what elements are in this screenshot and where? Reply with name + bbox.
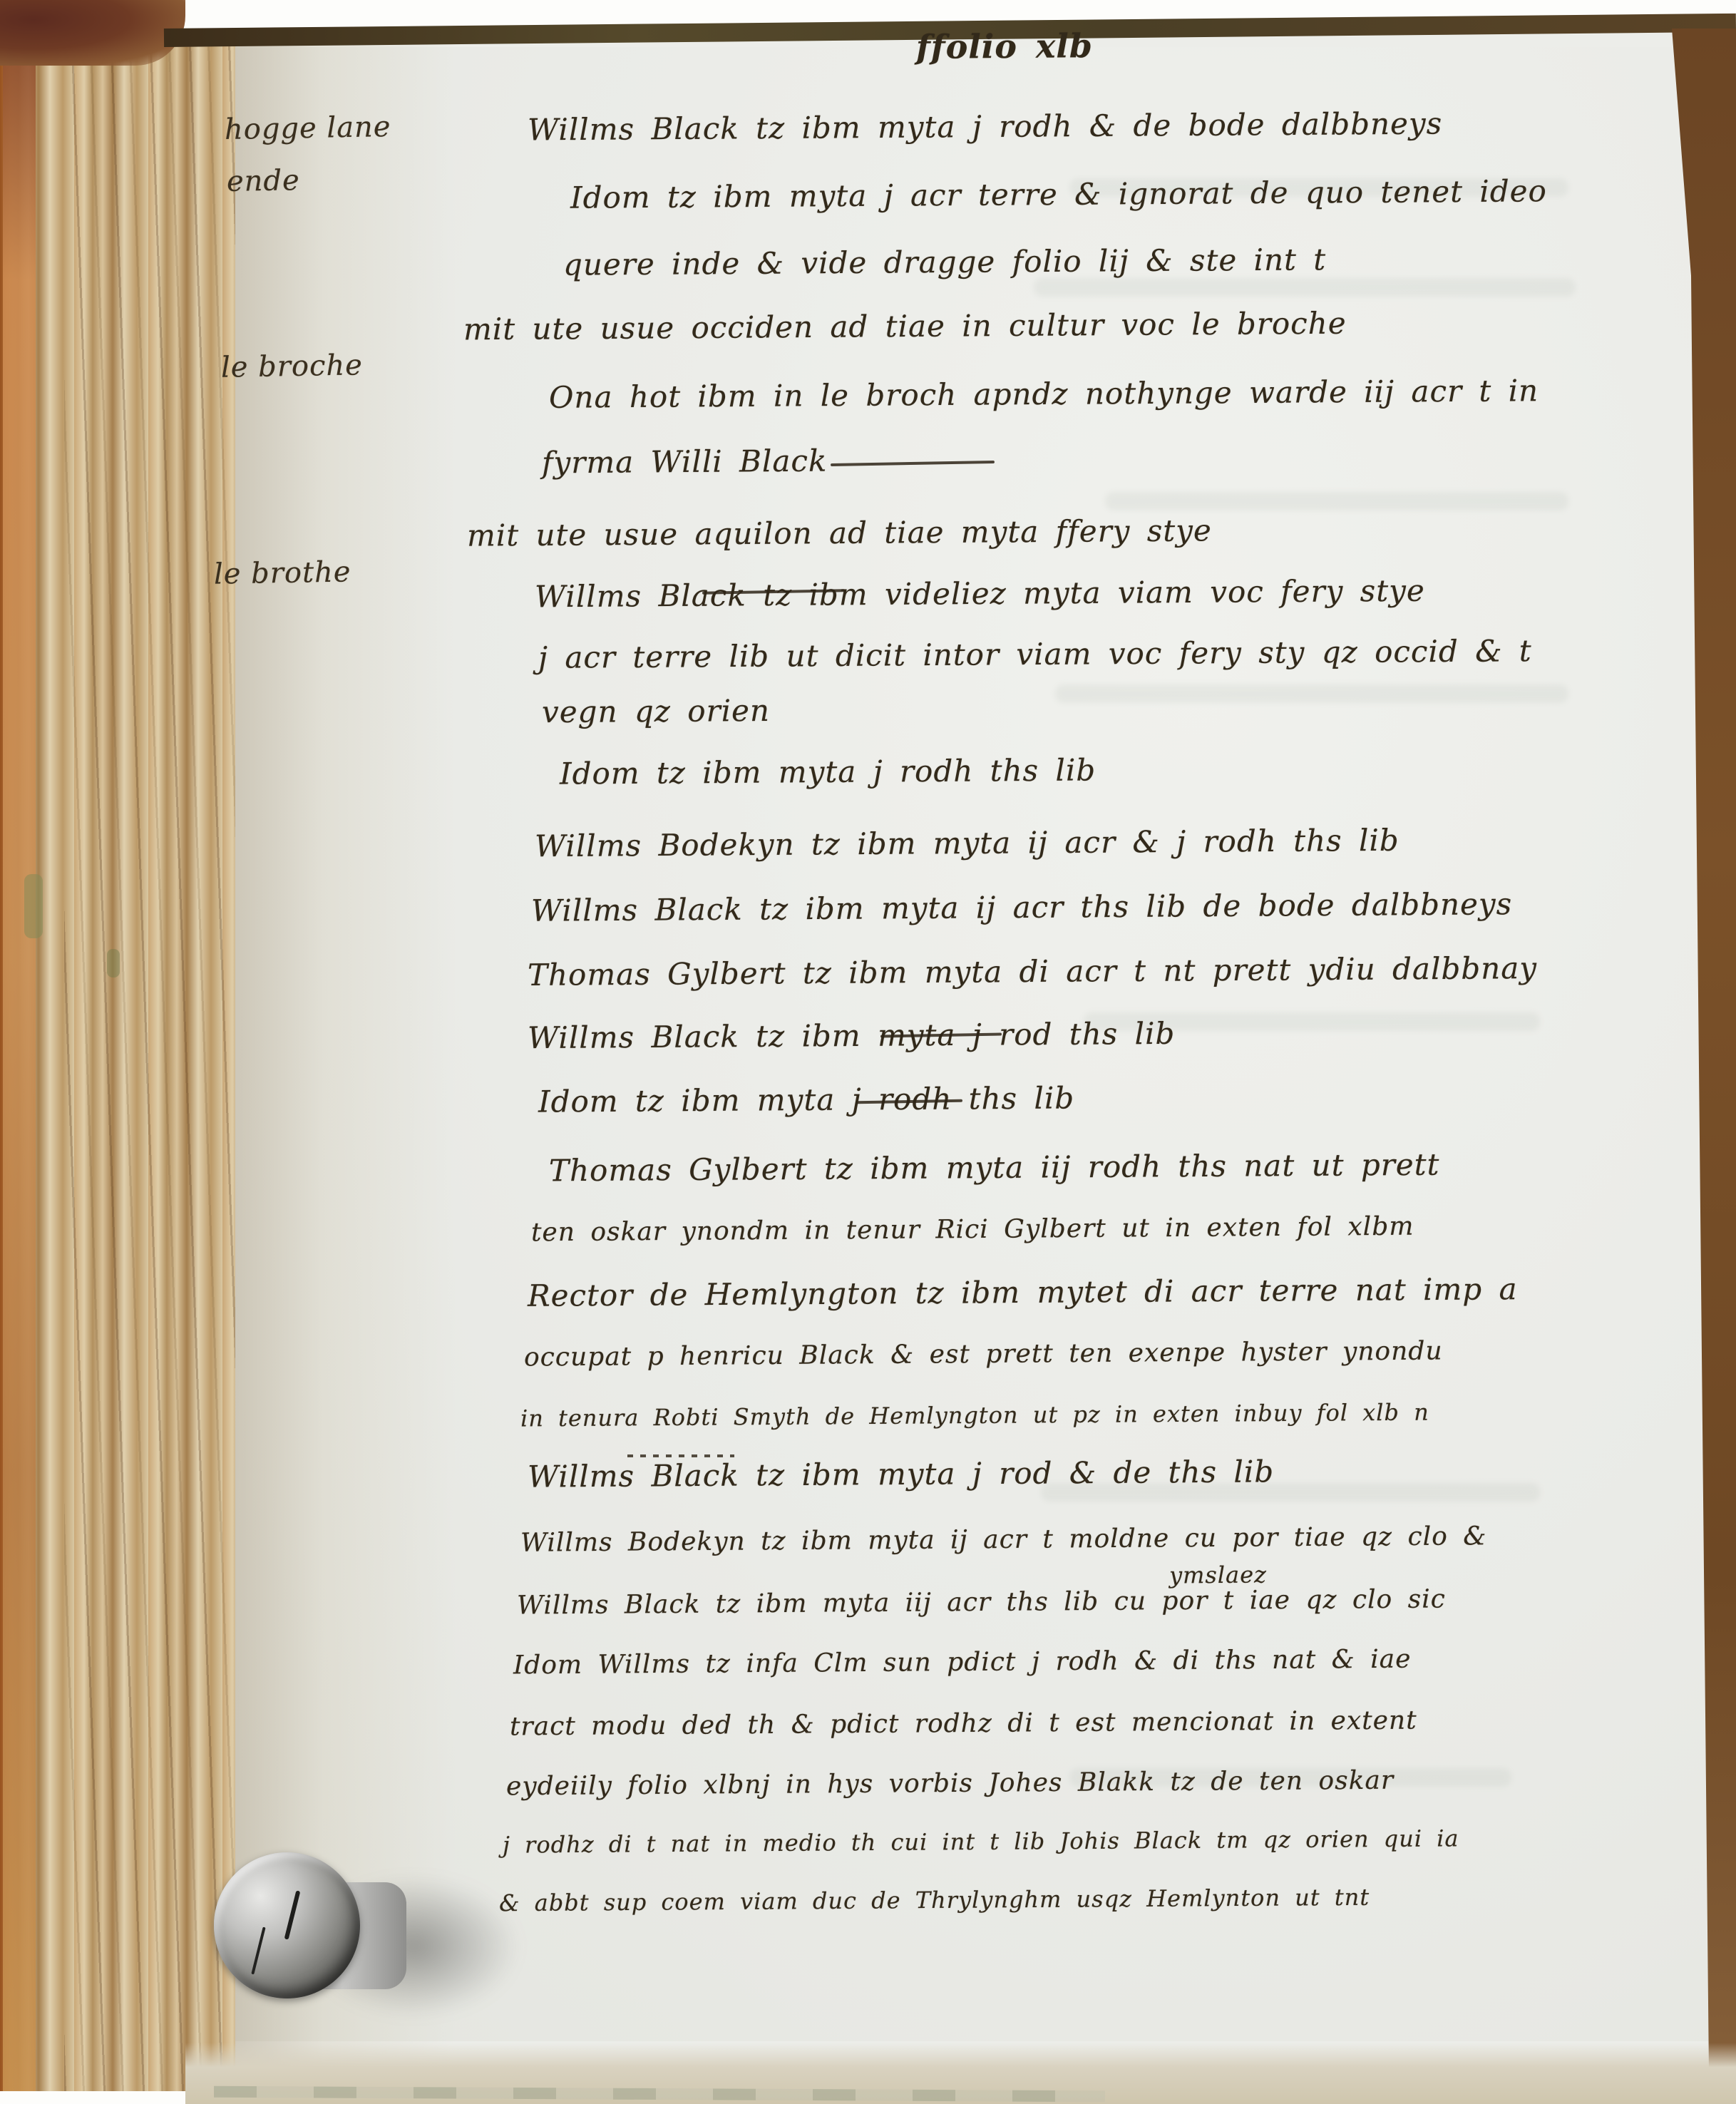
manuscript-line: & abbt sup coem viam duc de Thrylynghm u… [499, 1885, 1370, 1916]
manuscript-line: mit ute usue occiden ad tiae in cultur v… [463, 307, 1347, 347]
margin-note-ende: ende [227, 165, 300, 197]
spine-fleck [24, 874, 43, 938]
manuscript-line: Thomas Gylbert tz ibm myta di acr t nt p… [528, 952, 1537, 992]
manuscript-line: tract modu ded th & pdict rodhz di t est… [510, 1707, 1417, 1741]
manuscript-line: eydeiily folio xlbnj in hys vorbis Johes… [506, 1767, 1394, 1801]
folio-heading: ffolio xlb [916, 28, 1093, 65]
manuscript-line: Idom tz ibm myta j rodh ths lib [538, 1082, 1075, 1118]
manuscript-line: Rector de Hemlyngton tz ibm mytet di acr… [528, 1273, 1518, 1313]
book-corner [0, 0, 185, 66]
manuscript-line: quere inde & vide dragge folio lij & ste… [563, 243, 1326, 282]
gutter-shadow [214, 33, 456, 2091]
manuscript-line: mit ute usue aquilon ad tiae myta ffery … [467, 514, 1212, 552]
manuscript-line: Idom tz ibm myta j rodh ths lib [560, 754, 1096, 790]
manuscript-line: Idom Willms tz infa Clm sun pdict j rodh… [513, 1646, 1412, 1680]
manuscript-line: occupat p henricu Black & est prett ten … [524, 1338, 1443, 1372]
manuscript-line: Willms Black tz ibm myta ij acr ths lib … [531, 888, 1512, 928]
ink-underdots [627, 1454, 734, 1457]
showthrough-text [1105, 492, 1568, 510]
showthrough-text [1055, 684, 1568, 703]
metal-stud [214, 1852, 360, 1998]
manuscript-line: j acr terre lib ut dicit intor viam voc … [538, 635, 1532, 674]
showthrough-text [1034, 278, 1576, 297]
manuscript-line: Willms Black tz ibm myta j rod & de ths … [528, 1455, 1274, 1493]
manuscript-line: Idom tz ibm myta j acr terre & ignorat d… [570, 175, 1547, 215]
margin-note-le-brothe: le brothe [214, 556, 351, 590]
manuscript-line: ten oskar ynondm in tenur Rici Gylbert u… [531, 1213, 1414, 1247]
manuscript-line: Willms Black tz ibm videliez myta viam v… [535, 575, 1425, 614]
margin-note-hogge-lane: hogge lane [225, 111, 391, 145]
manuscript-line: fyrma Willi Black [542, 445, 828, 480]
manuscript-line: Ona hot ibm in le broch apndz nothynge w… [549, 374, 1539, 414]
margin-note-le-broche: le broche [221, 349, 364, 383]
manuscript-line: Willms Black tz ibm myta j rodh & de bod… [528, 108, 1443, 147]
manuscript-line: Willms Bodekyn tz ibm myta ij acr & j ro… [535, 824, 1399, 863]
interlinear-insertion: ymslaez [1169, 1563, 1267, 1589]
manuscript-line: Willms Black tz ibm myta j rod ths lib [528, 1017, 1176, 1055]
manuscript-line: vegn qz orien [542, 694, 770, 729]
spine-leather-strip [3, 33, 36, 2091]
manuscript-photo: ffolio xlb hogge lane ende le broche le … [0, 0, 1736, 2104]
manuscript-line: Thomas Gylbert tz ibm myta iij rodh ths … [549, 1149, 1440, 1188]
spine-fleck [107, 949, 120, 977]
page-stack-streaks [64, 33, 235, 2091]
